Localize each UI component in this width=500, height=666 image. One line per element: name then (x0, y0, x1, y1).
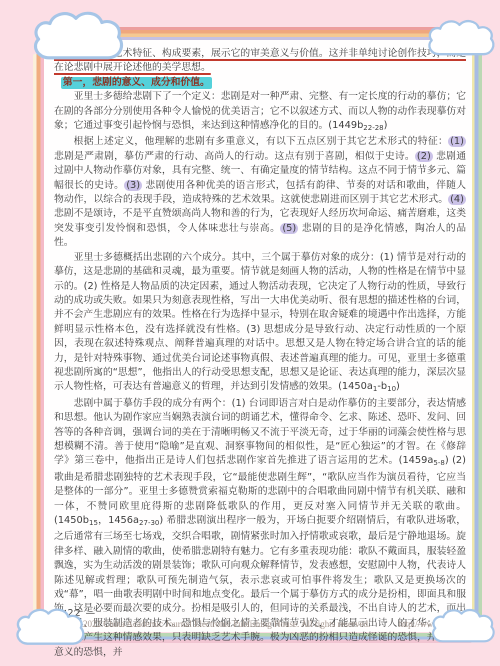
text-run: ) 希腊悲剧演出程序一般为，开场白扼要介绍剧情后，有歌队进场歌，之后通常有三场至… (54, 515, 466, 658)
citation-subscript: 22-28 (363, 124, 383, 132)
citation-subscript: 10 (387, 385, 396, 393)
text-run: ，1456a (98, 515, 139, 526)
highlighted-list-marker: (1) (448, 136, 466, 147)
paragraph: 根据上述定义，他理解的悲剧有多重意义，有以下五点区别于其它艺术形式的特征：(1)… (54, 135, 466, 250)
text-run: ) (396, 381, 400, 392)
cloud-decoration-top-left (28, 8, 128, 64)
text-run: 悲剧中属于摹仿手段的成分有两个：(1) 台词即语言对白是动作摹仿的主要部分，表达… (54, 398, 466, 467)
page-body: 悲剧，剖析其艺术特征、构成要素，展示它的审美意义与价值。这并非单纯讨论创作技巧，… (44, 40, 472, 632)
cloud-decoration-bottom-right (428, 602, 498, 650)
text-run: -b (377, 381, 387, 392)
stripe-border-right (471, 46, 482, 630)
text-run: 悲剧是严肃剧，摹仿严肃的行动、高尚人的行动。这点有别于喜剧，相似于史诗。 (54, 151, 415, 162)
body-paragraphs: 亚里士多德给悲剧下了一个定义：悲剧是对一种严肃、完整、有一定长度的行动的摹仿；它… (54, 90, 466, 660)
paragraph: 亚里士多德给悲剧下了一个定义：悲剧是对一种严肃、完整、有一定长度的行动的摹仿；它… (54, 90, 466, 135)
section-heading: 第一，悲剧的意义、成分和价值。 (54, 76, 466, 90)
text-run: 亚里士多德给悲剧下了一个定义：悲剧是对一种严肃、完整、有一定长度的行动的摹仿；它… (54, 91, 466, 131)
citation-subscript: 5-8 (433, 459, 444, 467)
highlighted-list-marker: (2) (415, 151, 433, 162)
cloud-decoration-top-right (424, 12, 498, 64)
scanned-journal-page: 悲剧，剖析其艺术特征、构成要素，展示它的审美意义与价值。这并非单纯讨论创作技巧，… (0, 0, 500, 666)
cloud-decoration-bottom-left (12, 602, 88, 652)
footer-watermark: (C)1994-2022 China Academic Journal Elec… (50, 619, 470, 629)
copyright-text: (C)1994-2022 China Academic Journal Elec… (50, 619, 370, 629)
highlighted-list-marker: (4) (448, 194, 466, 205)
citation-subscript: 27-30 (139, 519, 159, 527)
text-run: ) (384, 120, 388, 131)
text-run: 根据上述定义，他理解的悲剧有多重意义，有以下五点区别于其它艺术形式的特征： (74, 136, 449, 147)
paragraph: 亚里士多德概括出悲剧的六个成分。其中，三个属于摹仿对象的成分：(1) 情节是对行… (54, 251, 466, 397)
text-run: 亚里士多德概括出悲剧的六个成分。其中，三个属于摹仿对象的成分：(1) 情节是对行… (54, 252, 466, 393)
highlighted-list-marker: (5) (280, 223, 298, 234)
highlighted-list-marker: (3) (124, 180, 142, 191)
section-heading-highlight: 第一，悲剧的意义、成分和价值。 (61, 77, 212, 89)
citation-subscript: 15 (89, 519, 98, 527)
page-content: 悲剧，剖析其艺术特征、构成要素，展示它的审美意义与价值。这并非单纯讨论创作技巧，… (44, 40, 472, 660)
stripe-border-left (33, 54, 44, 634)
